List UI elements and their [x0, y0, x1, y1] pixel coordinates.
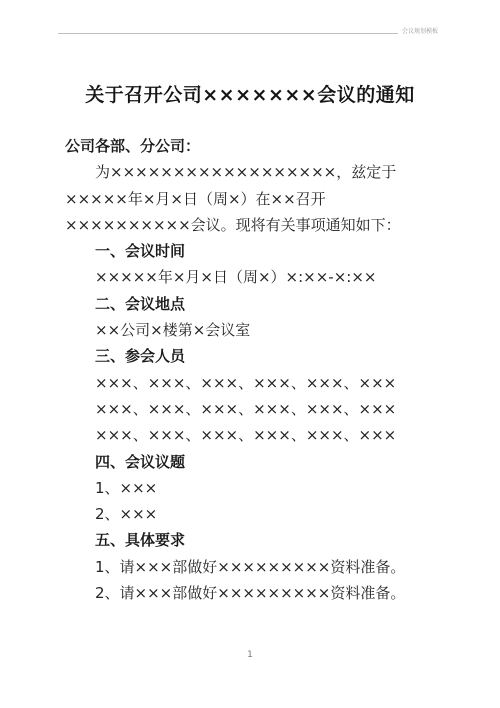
- salutation-line: 公司各部、分公司：: [65, 133, 440, 159]
- meeting-time-line: ×××××年×月×日（周×）×:××-×:××: [65, 264, 440, 290]
- document-body: 公司各部、分公司： 为××××××××××××××××××，兹定于 ×××××年…: [65, 133, 440, 606]
- section-1-heading: 一、会议时间: [65, 238, 440, 264]
- page-header: 会议规划模板: [58, 28, 438, 36]
- section-5-heading: 五、具体要求: [65, 527, 440, 553]
- requirement-item-1: 1、请×××部做好×××××××××资料准备。: [65, 554, 440, 580]
- page-footer: 1: [0, 650, 500, 660]
- page-number: 1: [247, 650, 253, 660]
- meeting-place-line: ××公司×楼第×会议室: [65, 317, 440, 343]
- intro-paragraph-line-1: 为××××××××××××××××××，兹定于: [65, 159, 440, 185]
- requirement-item-2: 2、请×××部做好×××××××××资料准备。: [65, 580, 440, 606]
- header-watermark-text: 会议规划模板: [402, 28, 438, 36]
- intro-paragraph-line-2: ×××××年×月×日（周×）在××召开: [65, 186, 440, 212]
- participants-line-1: ×××、×××、×××、×××、×××、×××: [65, 370, 440, 396]
- topic-item-1: 1、×××: [65, 475, 440, 501]
- section-3-heading: 三、参会人员: [65, 343, 440, 369]
- section-4-heading: 四、会议议题: [65, 449, 440, 475]
- topic-item-2: 2、×××: [65, 501, 440, 527]
- participants-line-3: ×××、×××、×××、×××、×××、×××: [65, 422, 440, 448]
- header-rule: [58, 33, 398, 34]
- section-2-heading: 二、会议地点: [65, 291, 440, 317]
- participants-line-2: ×××、×××、×××、×××、×××、×××: [65, 396, 440, 422]
- document-page: 会议规划模板 关于召开公司×××××××会议的通知 公司各部、分公司： 为×××…: [0, 0, 500, 708]
- document-title: 关于召开公司×××××××会议的通知: [0, 80, 500, 107]
- intro-paragraph-line-3: ××××××××××会议。现将有关事项通知如下：: [65, 212, 440, 238]
